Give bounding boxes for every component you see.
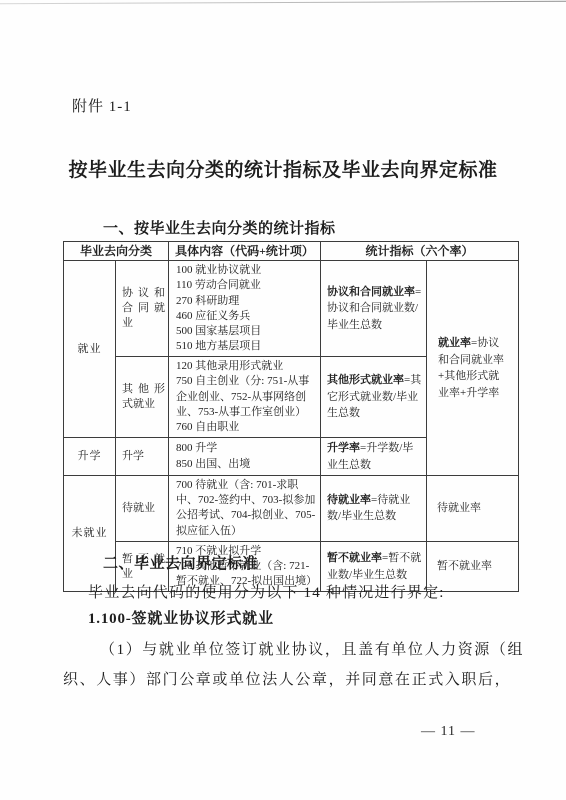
stat-temp-not-name: 暂不就业率: [327, 552, 382, 564]
document-title: 按毕业生去向分类的统计指标及毕业去向界定标准: [0, 155, 566, 182]
subcat-study: 升学: [116, 438, 169, 476]
scan-edge-line: [0, 1, 566, 5]
page-number: — 11 —: [421, 724, 475, 740]
rate-employment-name: 就业率: [438, 337, 471, 349]
content-pending: 700 待就业（含: 701-求职中、702-签约中、703-拟参加公招考试、7…: [169, 476, 321, 542]
content-study: 800 升学 850 出国、出境: [169, 438, 321, 476]
stat-other-form-name: 其他形式就业率: [327, 374, 404, 386]
stat-study-name: 升学率: [327, 442, 360, 454]
table-header-row: 毕业去向分类 具体内容（代码+统计项） 统计指标（六个率）: [64, 242, 519, 261]
content-other-form: 120 其他录用形式就业 750 自主创业（分: 751-从事企业创业、752-…: [169, 357, 321, 438]
attachment-label: 附件 1-1: [72, 95, 132, 116]
content-contract: 100 就业协议就业 110 劳动合同就业 270 科研助理 460 应征义务兵…: [169, 261, 321, 357]
subcat-contract: 协议和合同就业: [116, 261, 169, 357]
code-line: 800 升学: [176, 441, 316, 456]
code-line: 510 地方基层项目: [176, 339, 316, 354]
table-row-pending: 未就业 待就业 700 待就业（含: 701-求职中、702-签约中、703-拟…: [64, 476, 519, 542]
graduate-destination-table: 毕业去向分类 具体内容（代码+统计项） 统计指标（六个率） 就业 协议和合同就业…: [63, 241, 519, 592]
paragraph-line-2: 织、人事）部门公章或单位法人公章，并同意在正式入职后，: [63, 668, 511, 689]
header-stats: 统计指标（六个率）: [321, 242, 519, 261]
group-employment: 就业: [64, 261, 116, 438]
subcat-pending: 待就业: [116, 476, 169, 542]
group-further-study: 升学: [64, 438, 116, 476]
paragraph-line-1: （1）与就业单位签订就业协议，且盖有单位人力资源（组: [100, 638, 524, 659]
rate-employment: 就业率=协议和合同就业率+其他形式就业率+升学率: [427, 261, 519, 476]
code-line: 850 出国、出境: [176, 457, 316, 472]
stat-other-form: 其他形式就业率=其它形式就业数/毕业生总数: [321, 357, 427, 438]
code-line: 500 国家基层项目: [176, 324, 316, 339]
code-line: 110 劳动合同就业: [176, 278, 316, 293]
header-content: 具体内容（代码+统计项）: [169, 242, 321, 261]
intro-line: 毕业去向代码的使用分为以下 14 种情况进行界定:: [88, 581, 445, 602]
statistics-table: 毕业去向分类 具体内容（代码+统计项） 统计指标（六个率） 就业 协议和合同就业…: [63, 241, 518, 592]
stat-pending: 待就业率=待就业数/毕业生总数: [321, 476, 427, 542]
code-line: 120 其他录用形式就业: [176, 359, 316, 374]
section2-heading: 二、毕业去向界定标准: [103, 552, 258, 573]
stat-study: 升学率=升学数/毕业生总数: [321, 438, 427, 476]
stat-contract-name: 协议和合同就业率: [327, 286, 415, 298]
code-line: 100 就业协议就业: [176, 263, 316, 278]
code-line: 700 待就业（含: 701-求职中、702-签约中、703-拟参加公招考试、7…: [176, 478, 316, 539]
header-category: 毕业去向分类: [64, 242, 169, 261]
code-line: 460 应征义务兵: [176, 309, 316, 324]
item1-heading: 1.100-签就业协议形式就业: [88, 607, 274, 628]
subcat-other-form: 其他形式就业: [116, 357, 169, 438]
table-row-contract: 就业 协议和合同就业 100 就业协议就业 110 劳动合同就业 270 科研助…: [64, 261, 519, 357]
stat-contract: 协议和合同就业率=协议和合同就业数/毕业生总数: [321, 261, 427, 357]
document-page: 附件 1-1 按毕业生去向分类的统计指标及毕业去向界定标准 一、按毕业生去向分类…: [0, 0, 566, 800]
section1-heading: 一、按毕业生去向分类的统计指标: [103, 217, 336, 238]
group-not-employed: 未就业: [64, 476, 116, 592]
code-line: 750 自主创业（分: 751-从事企业创业、752-从事网络创业、753-从事…: [176, 374, 316, 420]
code-line: 270 科研助理: [176, 294, 316, 309]
stat-pending-name: 待就业率: [327, 494, 371, 506]
rate-pending: 待就业率: [427, 476, 519, 542]
code-line: 760 自由职业: [176, 420, 316, 435]
